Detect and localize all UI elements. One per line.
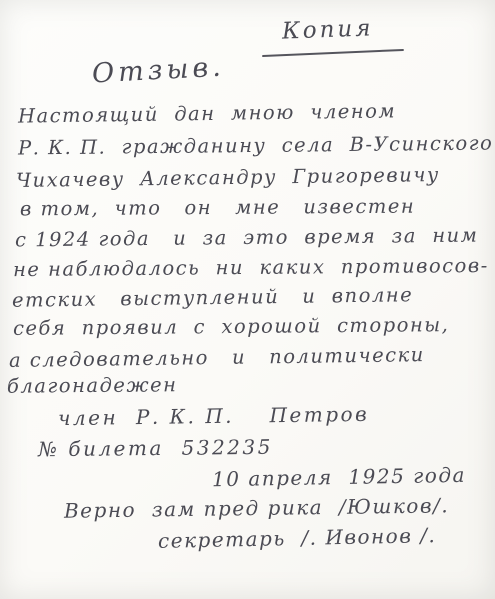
body-line: в том, что он мне известен <box>20 196 415 220</box>
signature-line-secretary: секретарь /. Ивонов /. <box>158 524 437 552</box>
document-title: Отзыв. <box>91 53 225 90</box>
copy-label: Копия <box>282 16 374 44</box>
body-line: с 1924 года и за это время за ним <box>15 225 479 251</box>
signature-line-verified-by: Верно зам пред рика /Юшков/. <box>64 494 449 521</box>
signature-line-ticket-number: № билета 532235 <box>38 436 273 460</box>
body-line: а следовательно и политически <box>9 344 425 371</box>
signature-line-member: член Р. К. П. Петров <box>58 403 370 429</box>
signature-line-date: 10 апреля 1925 года <box>212 464 466 490</box>
body-line: не наблюдалось ни каких противосов- <box>13 255 489 281</box>
body-line: Р. К. П. гражданину села В-Усинского <box>18 133 494 159</box>
document-page: Копия Отзыв. Настоящий дан мною членом Р… <box>0 0 495 599</box>
body-line: благонадежен <box>7 374 178 397</box>
body-line: себя проявил с хорошой стороны, <box>13 314 450 339</box>
body-line: етских выступлений и вполне <box>12 284 413 311</box>
body-line: Настоящий дан мною членом <box>18 100 396 127</box>
body-line: Чихачеву Александру Григоревичу <box>16 164 440 191</box>
copy-label-underline <box>262 49 404 57</box>
